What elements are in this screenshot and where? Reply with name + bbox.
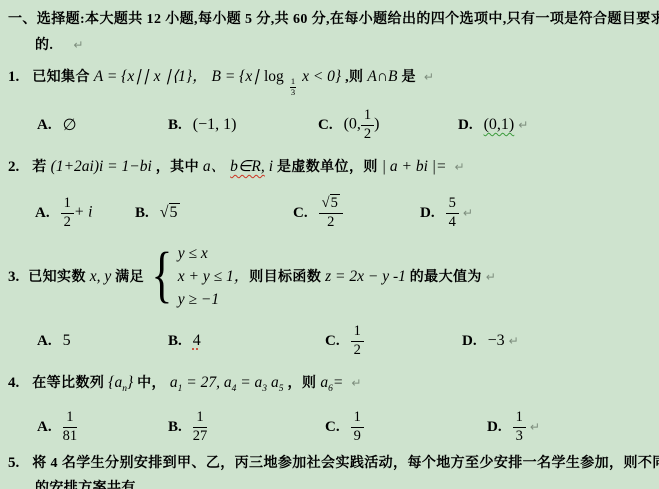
section-header-line1: 一、选择题:本大题共 12 小题,每小题 5 分,共 60 分,在每小题给出的四… xyxy=(8,8,659,28)
fraction: 127 xyxy=(193,410,208,443)
term-a4-equals: = xyxy=(236,374,254,391)
fraction: 12 xyxy=(351,324,364,357)
option-value: 181 xyxy=(63,410,78,443)
exam-document-page: { "colors": { "background": "#cee3ce", "… xyxy=(0,0,659,489)
question-1-set-b-open: B = {x∣ xyxy=(211,68,260,85)
fraction-denominator: 9 xyxy=(351,428,364,444)
option-value: 5 xyxy=(63,332,71,350)
question-3-number: 3. xyxy=(8,269,19,285)
question-3-tail: 的最大值为 xyxy=(406,270,482,285)
constraint-line: y ≥ −1 xyxy=(178,288,249,311)
variable-i: i xyxy=(269,158,277,175)
term-a4: a xyxy=(224,374,232,391)
term-a1: a xyxy=(170,374,178,391)
question-3-trail: 则目标函数 z = 2x − y -1 的最大值为↵ xyxy=(249,266,496,286)
fraction-denominator: 81 xyxy=(63,428,78,444)
header-line2-text: 的. xyxy=(35,38,53,53)
option-value: √5 xyxy=(160,204,180,222)
paragraph-mark-icon: ↵ xyxy=(424,70,434,84)
question-3-variables: x, y xyxy=(90,268,112,285)
section-header-line2: 的. ↵ xyxy=(35,34,83,54)
term-a6: a xyxy=(320,374,328,391)
question-1-option-d: D. (0,1) ↵ xyxy=(458,106,528,144)
question-4-option-c: C. 19 xyxy=(325,404,364,450)
question-1-option-a: A. ∅ xyxy=(37,106,77,144)
question-3-intro: 已知实数 xyxy=(28,270,90,285)
paragraph-mark-icon: ↵ xyxy=(486,270,496,284)
question-2-option-a: A. 12+ i xyxy=(35,190,93,236)
fraction: 19 xyxy=(351,410,364,443)
sequence-close: } xyxy=(127,374,133,391)
option-value-suffix: ) xyxy=(374,116,379,133)
question-3-after: 则目标函数 xyxy=(249,270,325,285)
option-label: D. xyxy=(420,205,435,222)
option-value-suffix: + i xyxy=(74,204,93,221)
question-1-intro: 已知集合 xyxy=(32,70,94,85)
sqrt-body: 5 xyxy=(330,194,340,211)
question-4-mid1: 中， xyxy=(137,376,170,391)
question-3-stem: 3.已知实数 x, y 满足 { y ≤ x x + y ≤ 1， y ≥ −1… xyxy=(8,240,496,312)
paragraph-mark-icon: ↵ xyxy=(455,160,465,174)
variable-a: a、 xyxy=(203,158,226,175)
option-value: (0,12) xyxy=(344,108,380,141)
question-2-expression: | a + bi |= xyxy=(382,158,447,175)
option-label: B. xyxy=(168,117,182,134)
question-3-option-c: C. 12 xyxy=(325,322,364,360)
fraction: 54 xyxy=(446,196,459,229)
fraction: 13 xyxy=(513,410,526,443)
constraint-system: y ≤ x x + y ≤ 1， y ≥ −1 xyxy=(178,242,249,311)
fraction-numerator: 1 xyxy=(63,410,78,427)
question-2-option-d: D. 54 ↵ xyxy=(420,190,473,236)
question-2-mid1: ，其中 xyxy=(156,160,203,175)
fraction-numerator: 1 xyxy=(361,108,374,125)
option-label: D. xyxy=(462,333,477,350)
question-3-objective: z = 2x − y -1 xyxy=(325,268,406,285)
option-value: 127 xyxy=(193,410,208,443)
log-base-denominator: 3 xyxy=(290,88,296,98)
question-2-equation: (1+2ai)i = 1−bi xyxy=(51,158,152,175)
question-3-mid: 满足 xyxy=(111,270,144,285)
question-1-tail: 是 xyxy=(401,70,415,85)
option-value: (−1, 1) xyxy=(193,116,237,134)
question-2-stem: 2. 若 (1+2ai)i = 1−bi ，其中 a、 b∈R, i 是虚数单位… xyxy=(8,154,465,176)
fraction-numerator: 1 xyxy=(351,410,364,427)
constraint-line: y ≤ x xyxy=(178,242,249,265)
option-label: C. xyxy=(325,333,340,350)
fraction: 12 xyxy=(361,108,374,141)
fraction: 181 xyxy=(63,410,78,443)
option-value: √52 xyxy=(319,196,343,229)
option-label: D. xyxy=(458,117,473,134)
option-label: A. xyxy=(35,205,50,222)
fraction: 12 xyxy=(61,196,74,229)
fraction-numerator: 1 xyxy=(193,410,208,427)
constraint-line: x + y ≤ 1， xyxy=(178,265,249,288)
cases-left-brace: { xyxy=(151,248,172,304)
fraction: √52 xyxy=(319,196,343,229)
question-1-number: 1. xyxy=(8,69,19,85)
option-label: B. xyxy=(135,205,149,222)
option-label: A. xyxy=(37,419,52,436)
option-label: C. xyxy=(325,419,340,436)
question-5-line2-clipped: 的安排方案共有 xyxy=(35,477,136,489)
option-label: C. xyxy=(293,205,308,222)
question-3-option-d: D. −3 ↵ xyxy=(462,322,519,360)
fraction-denominator: 2 xyxy=(61,214,74,230)
fraction-numerator: √5 xyxy=(319,196,343,213)
question-5-stem: 5. 将 4 名学生分别安排到甲、乙，丙三地参加社会实践活动，每个地方至少安排一… xyxy=(8,452,659,472)
option-value-prefix: (0, xyxy=(344,116,361,133)
sqrt-radical-icon: √ xyxy=(160,204,169,221)
fraction-numerator: 1 xyxy=(513,410,526,427)
option-value: 12+ i xyxy=(61,196,93,229)
question-1-set-a: A = {x∣∣ x ∣⟨1}， xyxy=(94,68,212,85)
sequence-open: {a xyxy=(108,374,122,391)
option-value: 12 xyxy=(351,324,364,357)
question-3-lead: 3.已知实数 x, y 满足 xyxy=(8,266,144,286)
paragraph-mark-icon: ↵ xyxy=(463,206,473,220)
question-1-option-b: B. (−1, 1) xyxy=(168,106,236,144)
option-value: 19 xyxy=(351,410,364,443)
fraction-denominator: 2 xyxy=(361,126,374,142)
fraction-denominator: 2 xyxy=(319,214,343,230)
question-2-option-c: C. √52 xyxy=(293,190,343,236)
term-a5: a xyxy=(271,374,279,391)
paragraph-mark-icon: ↵ xyxy=(73,38,83,52)
question-4-mid2: ，则 xyxy=(288,376,317,391)
question-2-number: 2. xyxy=(8,159,19,175)
option-label: A. xyxy=(37,117,52,134)
fraction-numerator: 1 xyxy=(61,196,74,213)
paragraph-mark-icon: ↵ xyxy=(518,118,528,132)
sqrt-radical-icon: √ xyxy=(322,195,330,211)
option-value-dotted-underlined: 4 xyxy=(193,332,201,350)
question-5-number: 5. xyxy=(8,455,19,471)
question-1-stem: 1. 已知集合 A = {x∣∣ x ∣⟨1}， B = {x∣ log 1 3… xyxy=(8,64,434,98)
option-label: C. xyxy=(318,117,333,134)
question-2-option-b: B. √5 xyxy=(135,190,180,236)
variable-b-in-reals-spellcheck-underlined: b∈R, xyxy=(230,158,265,175)
question-1-mid: ,则 xyxy=(345,70,367,85)
fraction-denominator: 4 xyxy=(446,214,459,230)
term-a3-subscript: 3 xyxy=(262,384,267,394)
term-a5-subscript: 5 xyxy=(279,384,284,394)
question-5-text: 将 4 名学生分别安排到甲、乙，丙三地参加社会实践活动，每个地方至少安排一名学生… xyxy=(32,456,659,471)
option-value: 13 xyxy=(513,410,526,443)
fraction-denominator: 27 xyxy=(193,428,208,444)
option-label: B. xyxy=(168,333,182,350)
question-1-expression: A∩B xyxy=(367,68,397,85)
question-4-intro: 在等比数列 xyxy=(32,376,104,391)
question-4-number: 4. xyxy=(8,375,19,391)
option-value-grammar-underlined: (0,1) xyxy=(484,116,515,134)
option-value: ∅ xyxy=(63,115,77,135)
question-4-stem: 4. 在等比数列 {an} 中， a1 = 27, a4 = a3 a5 ，则 … xyxy=(8,372,361,394)
fraction-numerator: 5 xyxy=(446,196,459,213)
question-4-option-b: B. 127 xyxy=(168,404,207,450)
option-value: 54 xyxy=(446,196,459,229)
question-2-mid2: 是虚数单位，则 xyxy=(277,160,378,175)
question-1-set-b-close: x < 0} xyxy=(302,68,341,85)
option-label: D. xyxy=(487,419,502,436)
sqrt-body: 5 xyxy=(169,203,180,221)
term-a1-rest: = 27, xyxy=(182,374,223,391)
option-label: A. xyxy=(37,333,52,350)
paragraph-mark-icon: ↵ xyxy=(530,420,540,434)
log-operator: log xyxy=(264,68,284,85)
fraction-denominator: 2 xyxy=(351,342,364,358)
question-4-option-d: D. 13 ↵ xyxy=(487,404,540,450)
question-2-intro: 若 xyxy=(32,160,46,175)
paragraph-mark-icon: ↵ xyxy=(351,376,361,390)
paragraph-mark-icon: ↵ xyxy=(509,334,519,348)
question-1-option-c: C. (0,12) xyxy=(318,106,380,144)
fraction-numerator: 1 xyxy=(351,324,364,341)
term-a6-equals: = xyxy=(333,374,343,391)
option-value: −3 xyxy=(488,332,505,350)
question-4-option-a: A. 181 xyxy=(37,404,77,450)
question-3-option-a: A. 5 xyxy=(37,322,71,360)
option-label: B. xyxy=(168,419,182,436)
fraction-denominator: 3 xyxy=(513,428,526,444)
log-base-fraction: 1 3 xyxy=(290,77,296,98)
question-3-option-b: B. 4 xyxy=(168,322,201,360)
